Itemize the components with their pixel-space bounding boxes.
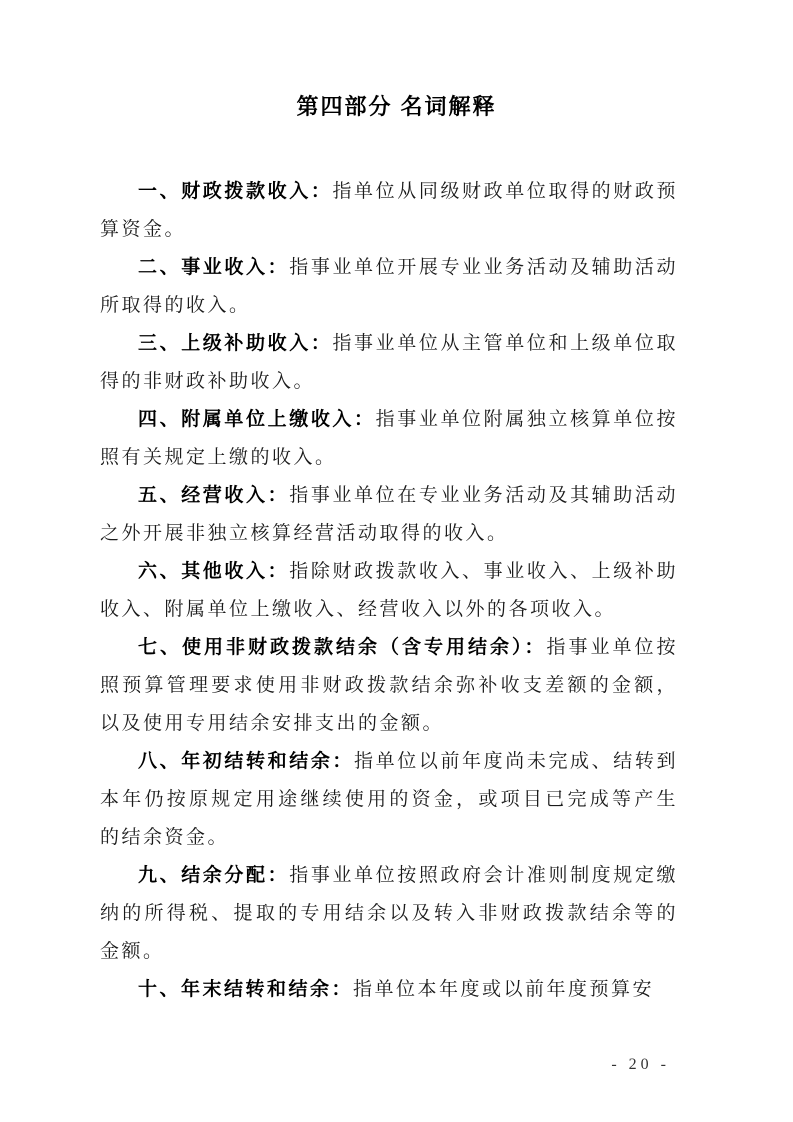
definition-paragraph: 八、年初结转和结余：指单位以前年度尚未完成、结转到本年仍按原规定用途继续使用的资… (100, 743, 678, 857)
definition-text: 指单位本年度或以前年度预算安 (353, 979, 654, 1000)
page-title: 第四部分 名词解释 (0, 0, 793, 121)
definition-term: 五、经营收入： (138, 485, 289, 506)
definition-term: 三、上级补助收入： (138, 333, 332, 354)
definition-paragraph: 七、使用非财政拨款结余（含专用结余）：指事业单位按照预算管理要求使用非财政拨款结… (100, 629, 678, 743)
definition-term: 十、年末结转和结余： (138, 979, 353, 1000)
definition-term: 九、结余分配： (138, 865, 289, 886)
definition-paragraph: 一、财政拨款收入：指单位从同级财政单位取得的财政预算资金。 (100, 173, 678, 249)
definition-term: 八、年初结转和结余： (138, 751, 354, 772)
page-number: - 20 - (611, 1056, 670, 1074)
definition-paragraph: 二、事业收入：指事业单位开展专业业务活动及辅助活动所取得的收入。 (100, 249, 678, 325)
definition-paragraph: 六、其他收入：指除财政拨款收入、事业收入、上级补助收入、附属单位上缴收入、经营收… (100, 553, 678, 629)
definition-paragraph: 九、结余分配：指事业单位按照政府会计准则制度规定缴纳的所得税、提取的专用结余以及… (100, 857, 678, 971)
document-body: 一、财政拨款收入：指单位从同级财政单位取得的财政预算资金。 二、事业收入：指事业… (100, 173, 678, 1009)
definition-term: 七、使用非财政拨款结余（含专用结余）： (138, 637, 546, 658)
definition-paragraph: 四、附属单位上缴收入：指事业单位附属独立核算单位按照有关规定上缴的收入。 (100, 401, 678, 477)
definition-term: 六、其他收入： (138, 561, 289, 582)
definition-paragraph: 五、经营收入：指事业单位在专业业务活动及其辅助活动之外开展非独立核算经营活动取得… (100, 477, 678, 553)
definition-term: 二、事业收入： (138, 257, 289, 278)
definition-paragraph: 三、上级补助收入：指事业单位从主管单位和上级单位取得的非财政补助收入。 (100, 325, 678, 401)
definition-term: 一、财政拨款收入： (138, 181, 332, 202)
definition-term: 四、附属单位上缴收入： (138, 409, 376, 430)
definition-paragraph: 十、年末结转和结余：指单位本年度或以前年度预算安 (100, 971, 678, 1009)
document-page: 第四部分 名词解释 一、财政拨款收入：指单位从同级财政单位取得的财政预算资金。 … (0, 0, 793, 1122)
